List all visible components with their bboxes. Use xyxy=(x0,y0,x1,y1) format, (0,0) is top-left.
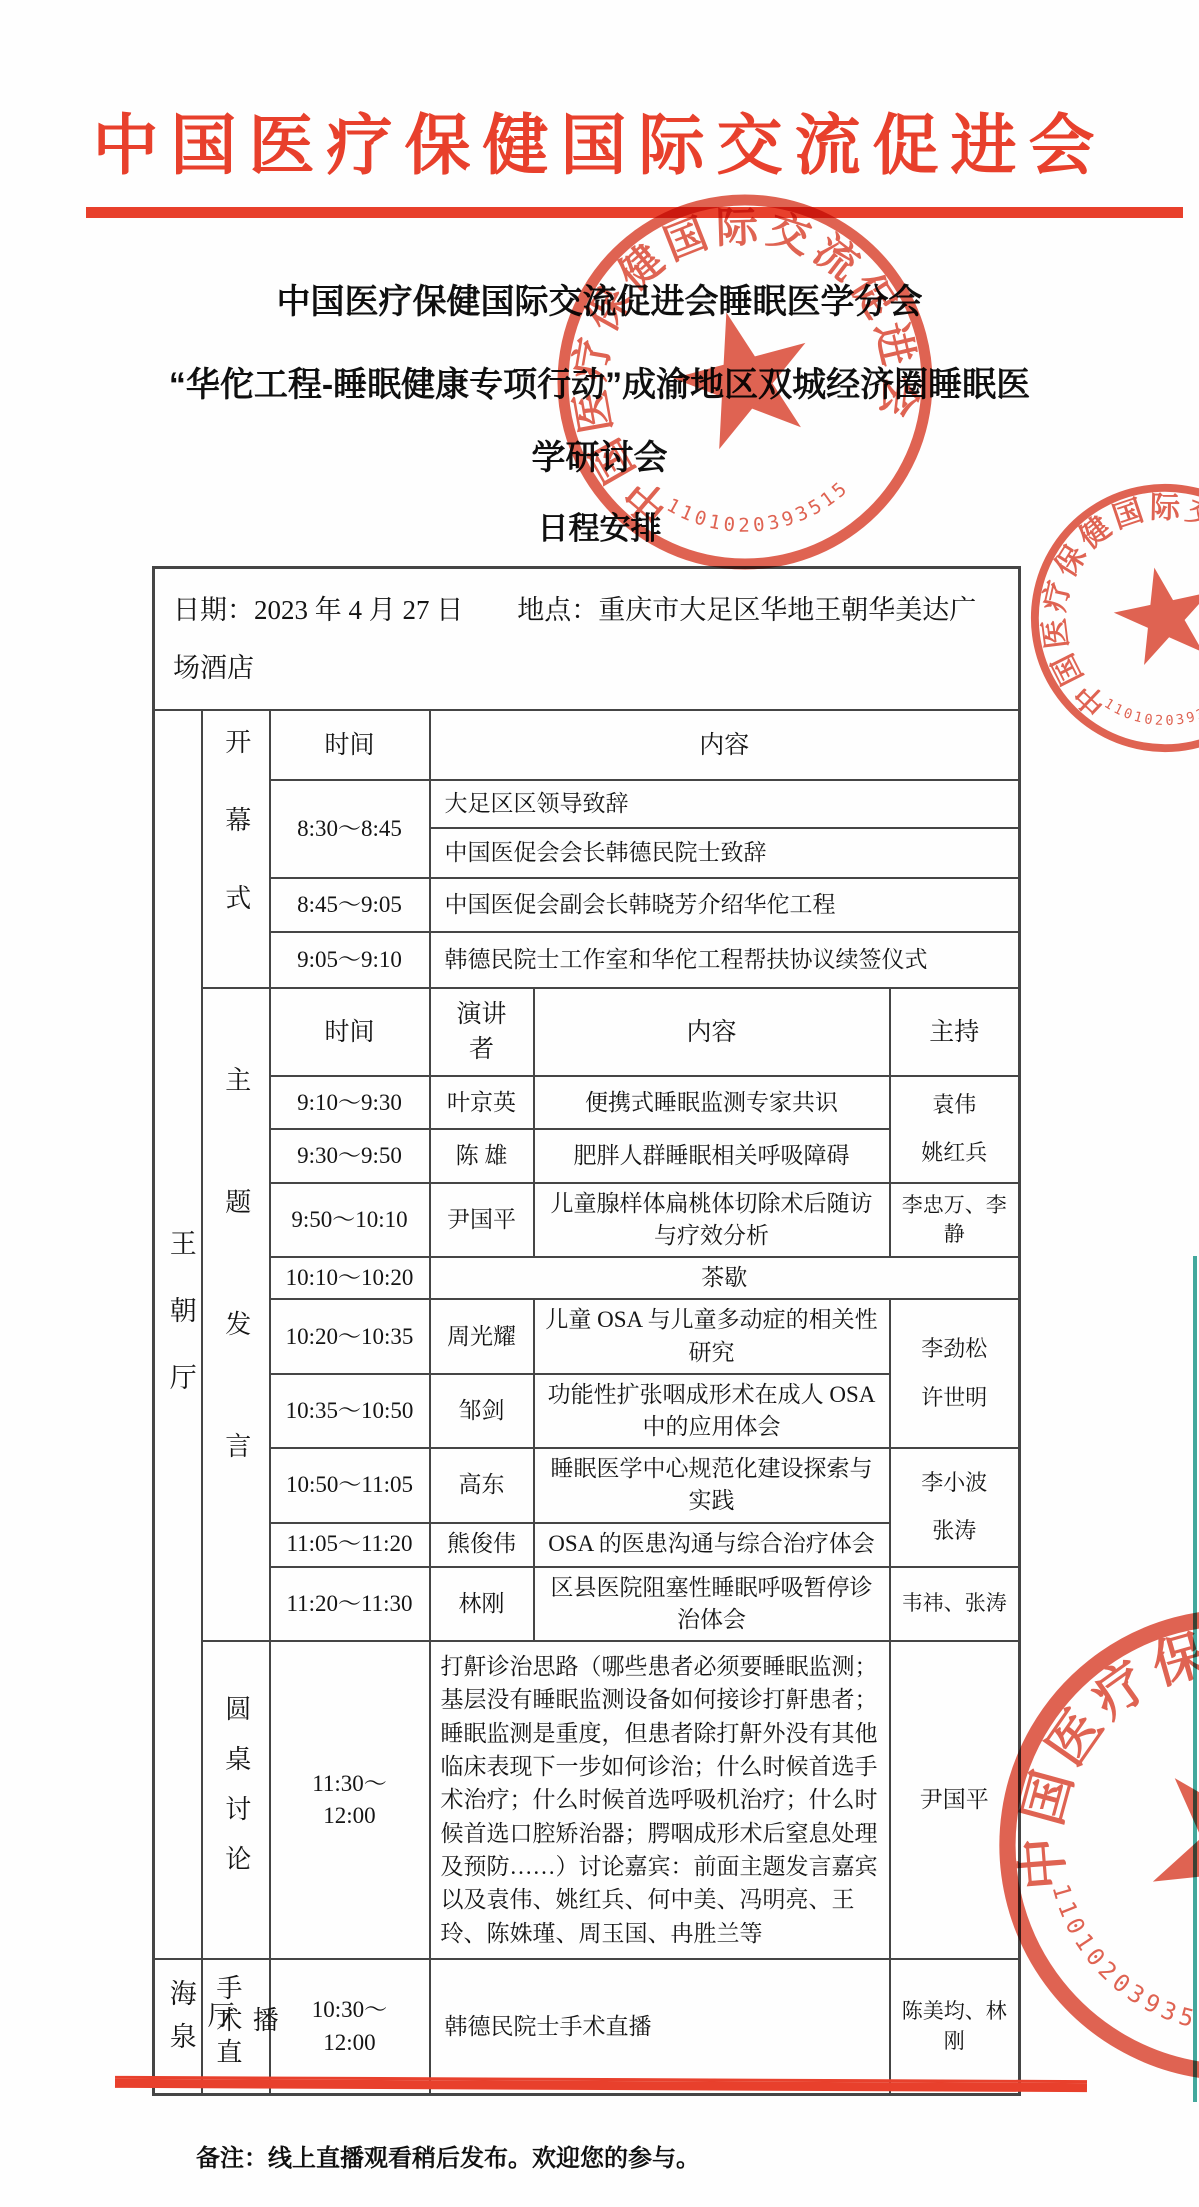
time-cell: 10:35～10:50 xyxy=(270,1374,430,1448)
section-label-opening: 开幕式 xyxy=(202,710,270,988)
footnote: 备注：线上直播观看稍后发布。欢迎您的参与。 xyxy=(196,2138,1199,2173)
scan-artifact-line xyxy=(1193,1256,1197,2102)
svg-text:1101020393515: 1101020393515 xyxy=(1099,670,1199,744)
section-label-surgery: 手术直播 xyxy=(202,1959,270,2095)
svg-text:1101020393515: 1101020393515 xyxy=(1016,1871,1199,2060)
official-seal-stamp: 中国医疗保健国际交流促进会 1101020393515 xyxy=(995,448,1199,787)
time-cell: 8:30～8:45 xyxy=(270,780,430,878)
host-cell: 陈美均、林刚 xyxy=(890,1959,1020,2095)
opening-header-row: 王朝厅 开幕式 时间 内容 xyxy=(154,710,1020,780)
speaker-cell: 陈 雄 xyxy=(430,1129,534,1182)
opening-content-header: 内容 xyxy=(430,710,1020,780)
subtitle-event-line1: “华佗工程-睡眠健康专项行动”成渝地区双城经济圈睡眠医 xyxy=(0,357,1199,406)
host-cell: 李忠万、李静 xyxy=(890,1183,1020,1257)
host-cell: 李小波 张涛 xyxy=(890,1448,1020,1566)
host-cell: 袁伟 姚红兵 xyxy=(890,1076,1020,1183)
keynote-content-header: 内容 xyxy=(534,988,890,1076)
time-cell: 11:05～11:20 xyxy=(270,1523,430,1567)
time-cell: 10:50～11:05 xyxy=(270,1448,430,1522)
content-cell: OSA 的医患沟通与综合治疗体会 xyxy=(534,1523,890,1567)
svg-text:中国医疗保健国际交流促进会: 中国医疗保健国际交流促进会 xyxy=(525,162,949,545)
letterhead-rule xyxy=(86,207,1183,218)
keynote-row: 10:20～10:35 周光耀 儿童 OSA 与儿童多动症的相关性研究 李劲松 … xyxy=(154,1299,1020,1373)
time-cell: 11:20～11:30 xyxy=(270,1567,430,1641)
tea-break-row: 10:10～10:20 茶歇 xyxy=(154,1257,1020,1299)
seal-code-text: 1101020393515 xyxy=(1099,670,1199,744)
content-cell: 便携式睡眠监测专家共识 xyxy=(534,1076,890,1129)
time-cell: 10:10～10:20 xyxy=(270,1257,430,1299)
host-cell: 尹国平 xyxy=(890,1641,1020,1959)
opening-row: 9:05～9:10 韩德民院士工作室和华佗工程帮扶协议续签仪式 xyxy=(154,932,1020,988)
content-cell: 儿童腺样体扁桃体切除术后随访与疗效分析 xyxy=(534,1183,890,1257)
keynote-speaker-header: 演讲者 xyxy=(430,988,534,1076)
date-location-cell: 日期：2023 年 4 月 27 日 地点：重庆市大足区华地王朝华美达广 场酒店 xyxy=(154,568,1020,711)
star-icon xyxy=(1106,557,1199,668)
content-cell: 茶歇 xyxy=(430,1257,1020,1299)
speaker-cell: 邹剑 xyxy=(430,1374,534,1448)
speaker-cell: 叶京英 xyxy=(430,1076,534,1129)
keynote-row: 9:50～10:10 尹国平 儿童腺样体扁桃体切除术后随访与疗效分析 李忠万、李… xyxy=(154,1183,1020,1257)
host-cell: 韦祎、张涛 xyxy=(890,1567,1020,1641)
time-cell: 9:10～9:30 xyxy=(270,1076,430,1129)
content-cell: 区县医院阻塞性睡眠呼吸暂停诊治体会 xyxy=(534,1567,890,1641)
content-cell: 韩德民院士手术直播 xyxy=(430,1959,890,2095)
keynote-host-header: 主持 xyxy=(890,988,1020,1076)
org-title: 中国医疗保健国际交流促进会 xyxy=(0,0,1199,187)
roundtable-row: 圆桌讨论 11:30～ 12:00 打鼾诊治思路（哪些患者必须要睡眠监测；基层没… xyxy=(154,1641,1020,1959)
opening-row: 8:30～8:45 大足区区领导致辞 xyxy=(154,780,1020,828)
content-cell: 大足区区领导致辞 xyxy=(430,780,1020,828)
section-label-keynote: 主题发言 xyxy=(202,988,270,1641)
speaker-cell: 熊俊伟 xyxy=(430,1523,534,1567)
content-cell: 儿童 OSA 与儿童多动症的相关性研究 xyxy=(534,1299,890,1373)
subtitle-event-line2: 学研讨会 xyxy=(0,430,1199,479)
roundtable-content-cell: 打鼾诊治思路（哪些患者必须要睡眠监测；基层没有睡眠监测设备如何接诊打鼾患者；睡眠… xyxy=(430,1641,890,1959)
time-cell: 8:45～9:05 xyxy=(270,878,430,932)
time-cell: 9:05～9:10 xyxy=(270,932,430,988)
subtitle-branch: 中国医疗保健国际交流促进会睡眠医学分会 xyxy=(0,274,1199,323)
time-cell: 11:30～ 12:00 xyxy=(270,1641,430,1959)
content-cell: 睡眠医学中心规范化建设探索与实践 xyxy=(534,1448,890,1522)
keynote-row: 9:10～9:30 叶京英 便携式睡眠监测专家共识 袁伟 姚红兵 xyxy=(154,1076,1020,1129)
star-icon xyxy=(1124,1724,1199,1951)
content-cell: 功能性扩张咽成形术在成人 OSA 中的应用体会 xyxy=(534,1374,890,1448)
keynote-row: 10:50～11:05 高东 睡眠医学中心规范化建设探索与实践 李小波 张涛 xyxy=(154,1448,1020,1522)
host-cell: 李劲松 许世明 xyxy=(890,1299,1020,1448)
hall-label-wangchao: 王朝厅 xyxy=(154,710,202,1959)
seal-ring-text: 中国医疗保健国际交流促进会 xyxy=(525,162,949,545)
content-cell: 韩德民院士工作室和华佗工程帮扶协议续签仪式 xyxy=(430,932,1020,988)
speaker-cell: 高东 xyxy=(430,1448,534,1522)
time-cell: 10:30～ 12:00 xyxy=(270,1959,430,2095)
date-row: 日期：2023 年 4 月 27 日 地点：重庆市大足区华地王朝华美达广 场酒店 xyxy=(154,568,1020,711)
time-cell: 9:50～10:10 xyxy=(270,1183,430,1257)
schedule-table: 日期：2023 年 4 月 27 日 地点：重庆市大足区华地王朝华美达广 场酒店… xyxy=(152,566,1021,2096)
time-cell: 10:20～10:35 xyxy=(270,1299,430,1373)
content-cell: 中国医促会会长韩德民院士致辞 xyxy=(430,828,1020,878)
schedule-heading: 日程安排 xyxy=(0,503,1199,548)
keynote-header-row: 主题发言 时间 演讲者 内容 主持 xyxy=(154,988,1020,1076)
hall-label-haiquan: 海泉厅 xyxy=(154,1959,202,2095)
opening-row: 8:45～9:05 中国医促会副会长韩晓芳介绍华佗工程 xyxy=(154,878,1020,932)
seal-code-text: 1101020393515 xyxy=(1016,1871,1199,2060)
page: 中国医疗保健国际交流促进会 中国医疗保健国际交流促进会睡眠医学分会 “华佗工程-… xyxy=(0,0,1199,2207)
speaker-cell: 周光耀 xyxy=(430,1299,534,1373)
keynote-time-header: 时间 xyxy=(270,988,430,1076)
opening-time-header: 时间 xyxy=(270,710,430,780)
content-cell: 肥胖人群睡眠相关呼吸障碍 xyxy=(534,1129,890,1182)
speaker-cell: 尹国平 xyxy=(430,1183,534,1257)
keynote-row: 11:20～11:30 林刚 区县医院阻塞性睡眠呼吸暂停诊治体会 韦祎、张涛 xyxy=(154,1567,1020,1641)
speaker-cell: 林刚 xyxy=(430,1567,534,1641)
time-cell: 9:30～9:50 xyxy=(270,1129,430,1182)
section-label-roundtable: 圆桌讨论 xyxy=(202,1641,270,1959)
content-cell: 中国医促会副会长韩晓芳介绍华佗工程 xyxy=(430,878,1020,932)
surgery-row: 海泉厅 手术直播 10:30～ 12:00 韩德民院士手术直播 陈美均、林刚 xyxy=(154,1959,1020,2095)
